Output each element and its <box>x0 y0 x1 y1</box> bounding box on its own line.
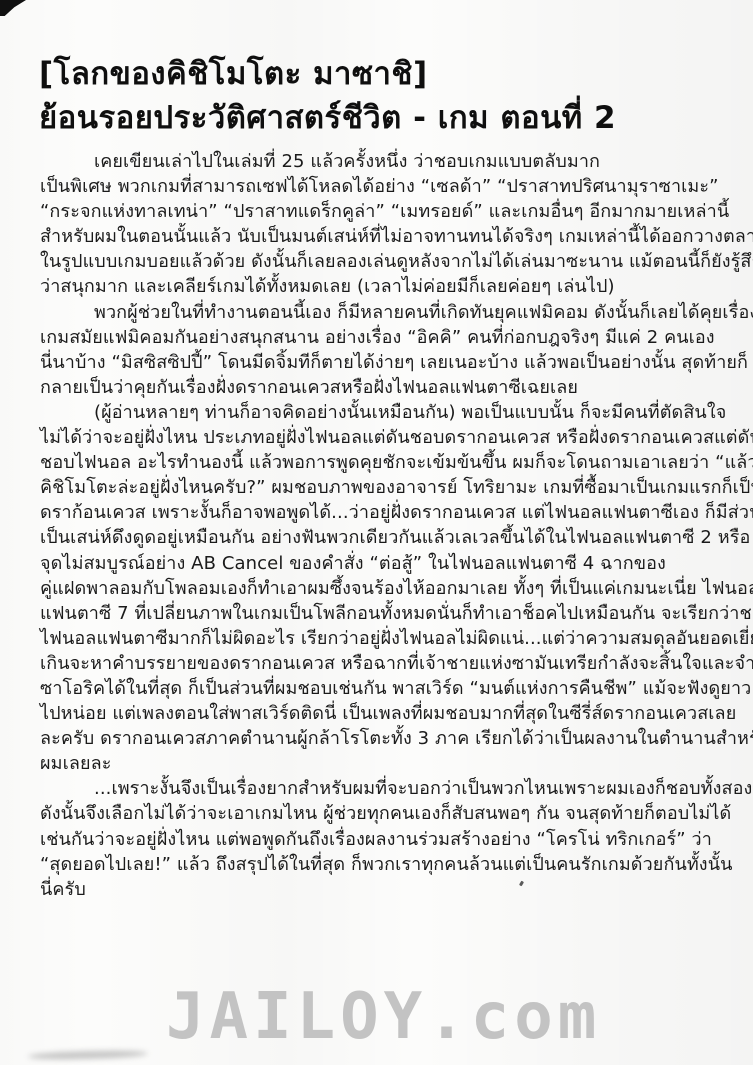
article-title: [โลกของคิชิโมโตะ มาซาชิ] ย้อนรอยประวัติศ… <box>39 52 729 140</box>
text-line: เป็นเสน่ห์ดึงดูดอยู่เหมือนกัน อย่างฟันพว… <box>40 525 720 550</box>
text-line: กลายเป็นว่าคุยกันเรื่องฝั่งดรากอนเควสหรื… <box>40 375 720 400</box>
text-line: แฟนตาซี 7 ที่เปลี่ยนภาพในเกมเป็นโพลีกอนท… <box>40 601 720 626</box>
text-line: ว่าสนุกมาก และเคลียร์เกมได้ทั้งหมดเลย (เ… <box>40 274 720 299</box>
text-line: เกินจะหาคำบรรยายของดรากอนเควส หรือฉากที่… <box>40 651 720 676</box>
text-line: ไฟนอลแฟนตาซีมากก็ไม่ผิดอะไร เรียกว่าอยู่… <box>40 626 720 651</box>
text-line: คิชิโมโตะล่ะอยู่ฝั่งไหนครับ?” ผมชอบภาพขอ… <box>40 475 720 500</box>
text-line: ดราก้อนเควส เพราะงั้นก็อาจพอพูดได้...ว่า… <box>40 500 720 525</box>
text-line: เกมสมัยแฟมิคอมกันอย่างสนุกสนาน อย่างเรื่… <box>40 325 720 350</box>
text-line: ดังนั้นจึงเลือกไม่ได้ว่าจะเอาเกมไหน ผู้ช… <box>40 801 720 826</box>
text-line: นี่นาบ้าง “มิสซิสซิปปี้” โดนมีดจิ้มทีก็ต… <box>40 350 720 375</box>
text-line: ไปหน่อย แต่เพลงตอนใส่พาสเวิร์ดติดนี่ เป็… <box>40 701 720 726</box>
text-line: เช่นกันว่าจะอยู่ฝั่งไหน แต่พอพูดกันถึงเร… <box>40 827 720 852</box>
text-line: เคยเขียนเล่าไปในเล่มที่ 25 แล้วครั้งหนึ่… <box>40 149 720 174</box>
scanned-document-page: [โลกของคิชิโมโตะ มาซาชิ] ย้อนรอยประวัติศ… <box>0 0 753 1065</box>
text-line: ซาโอริคได้ในที่สุด ก็เป็นส่วนที่ผมชอบเช่… <box>40 676 720 701</box>
text-line: คู่แฝดพาลอมกับโพลอมเองก็ทำเอาผมซึ้งจนร้อ… <box>40 576 720 601</box>
paragraph-2: พวกผู้ช่วยในที่ทำงานตอนนี้เอง ก็มีหลายคน… <box>40 300 720 400</box>
text-line: สำหรับผมในตอนนั้นแล้ว นับเป็นมนต์เสน่ห์ท… <box>40 224 720 249</box>
paragraph-4: ...เพราะงั้นจึงเป็นเรื่องยากสำหรับผมที่จ… <box>40 776 720 901</box>
text-line: เป็นพิเศษ พวกเกมที่สามารถเซฟได้โหลดได้อย… <box>40 174 720 199</box>
text-line: ละครับ ดรากอนเควสภาคตำนานผู้กล้าโรโตะทั้… <box>40 726 720 751</box>
scan-corner-artifact <box>0 0 26 16</box>
text-line: พวกผู้ช่วยในที่ทำงานตอนนี้เอง ก็มีหลายคน… <box>40 300 720 325</box>
title-line-1: [โลกของคิชิโมโตะ มาซาชิ] <box>39 52 729 96</box>
text-line: ชอบไฟนอล อะไรทำนองนี้ แล้วพอการพูดคุยชัก… <box>40 450 720 475</box>
paragraph-3: (ผู้อ่านหลายๆ ท่านก็อาจคิดอย่างนั้นเหมือ… <box>40 400 720 776</box>
text-line: จุดไม่สมบูรณ์อย่าง AB Cancel ของคำสั่ง “… <box>40 551 720 576</box>
text-line: ไม่ได้ว่าจะอยู่ฝั่งไหน ประเภทอยู่ฝั่งไฟน… <box>40 425 720 450</box>
text-line: “สุดยอดไปเลย!” แล้ว ถึงสรุปได้ในที่สุด ก… <box>40 852 720 877</box>
jailoy-watermark: JAILOY.com <box>166 980 601 1054</box>
text-line: “กระจกแห่งทาลเทน่า” “ปราสาทแดร็กคูล่า” “… <box>40 199 720 224</box>
text-line: นี่ครับ <box>40 877 720 902</box>
paragraph-1: เคยเขียนเล่าไปในเล่มที่ 25 แล้วครั้งหนึ่… <box>40 149 720 300</box>
scan-smudge-artifact <box>28 1049 148 1060</box>
text-line: ผมเลยละ <box>40 751 720 776</box>
text-line: ...เพราะงั้นจึงเป็นเรื่องยากสำหรับผมที่จ… <box>40 776 720 801</box>
article-body: เคยเขียนเล่าไปในเล่มที่ 25 แล้วครั้งหนึ่… <box>40 149 720 902</box>
text-line: ในรูปแบบเกมบอยแล้วด้วย ดังนั้นก็เลยลองเล… <box>40 249 720 274</box>
text-line: (ผู้อ่านหลายๆ ท่านก็อาจคิดอย่างนั้นเหมือ… <box>40 400 720 425</box>
title-line-2: ย้อนรอยประวัติศาสตร์ชีวิต - เกม ตอนที่ 2 <box>39 96 729 140</box>
